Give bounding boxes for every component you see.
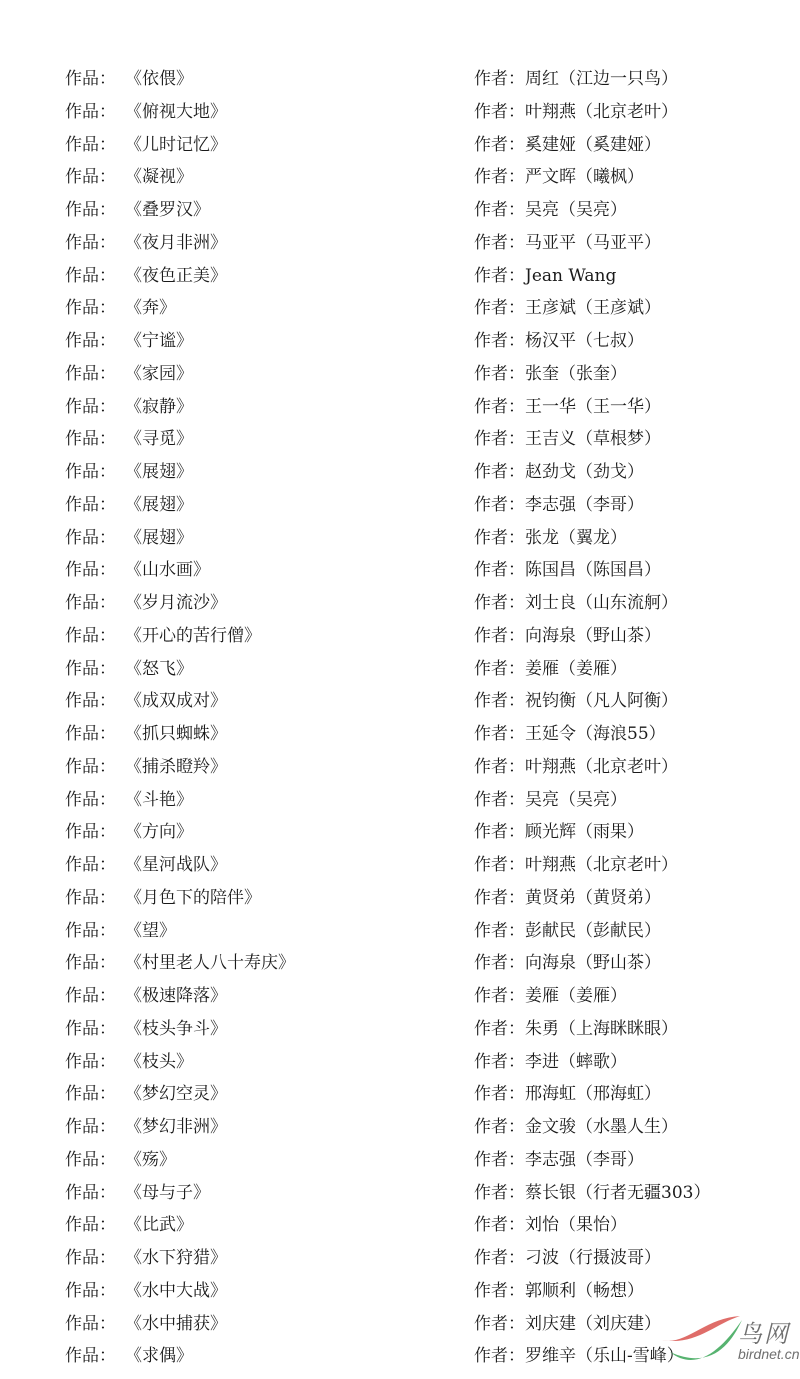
work-label: 作品： bbox=[65, 260, 123, 293]
author-label: 作者： bbox=[474, 522, 525, 555]
list-item: 作品：《儿时记忆》作者：奚建娅（奚建娅） bbox=[0, 129, 800, 162]
author-cell: 作者：Jean Wang bbox=[474, 260, 616, 293]
author-cell: 作者：朱勇（上海眯眯眼） bbox=[474, 1013, 678, 1046]
work-label: 作品： bbox=[65, 1144, 123, 1177]
author-label: 作者： bbox=[474, 980, 525, 1013]
work-cell: 作品：《展翅》 bbox=[65, 522, 193, 555]
list-item: 作品：《叠罗汉》作者：吴亮（吴亮） bbox=[0, 194, 800, 227]
author-label: 作者： bbox=[474, 784, 525, 817]
work-cell: 作品：《展翅》 bbox=[65, 489, 193, 522]
list-item: 作品：《展翅》作者：李志强（李哥） bbox=[0, 489, 800, 522]
work-cell: 作品：《方向》 bbox=[65, 816, 193, 849]
list-item: 作品：《抓只蜘蛛》作者：王延令（海浪55） bbox=[0, 718, 800, 751]
list-item: 作品：《成双成对》作者：祝钧衡（凡人阿衡） bbox=[0, 685, 800, 718]
work-title: 《水中大战》 bbox=[125, 1275, 227, 1308]
author-label: 作者： bbox=[474, 1340, 525, 1373]
work-label: 作品： bbox=[65, 882, 123, 915]
work-title: 《求偶》 bbox=[125, 1340, 193, 1373]
work-cell: 作品：《水下狩猎》 bbox=[65, 1242, 227, 1275]
list-item: 作品：《夜月非洲》作者：马亚平（马亚平） bbox=[0, 227, 800, 260]
author-cell: 作者：蔡长银（行者无疆303） bbox=[474, 1177, 710, 1210]
author-name: 姜雁（姜雁） bbox=[525, 986, 627, 1006]
author-cell: 作者：罗维辛（乐山-雪峰） bbox=[474, 1340, 684, 1373]
list-item: 作品：《怒飞》作者：姜雁（姜雁） bbox=[0, 653, 800, 686]
work-title: 《村里老人八十寿庆》 bbox=[125, 947, 295, 980]
work-cell: 作品：《村里老人八十寿庆》 bbox=[65, 947, 295, 980]
author-cell: 作者：姜雁（姜雁） bbox=[474, 653, 627, 686]
work-label: 作品： bbox=[65, 227, 123, 260]
author-name: 叶翔燕（北京老叶） bbox=[525, 855, 678, 875]
author-label: 作者： bbox=[474, 96, 525, 129]
author-name: 王彦斌（王彦斌） bbox=[525, 298, 661, 318]
author-label: 作者： bbox=[474, 129, 525, 162]
list-item: 作品：《展翅》作者：赵劲戈（劲戈） bbox=[0, 456, 800, 489]
list-item: 作品：《凝视》作者：严文晖（曦枫） bbox=[0, 161, 800, 194]
author-name: 彭献民（彭献民） bbox=[525, 921, 661, 941]
work-title: 《家园》 bbox=[125, 358, 193, 391]
author-label: 作者： bbox=[474, 423, 525, 456]
list-item: 作品：《村里老人八十寿庆》作者：向海泉（野山茶） bbox=[0, 947, 800, 980]
work-label: 作品： bbox=[65, 685, 123, 718]
author-name: 王延令（海浪55） bbox=[525, 724, 666, 744]
work-title: 《俯视大地》 bbox=[125, 96, 227, 129]
list-item: 作品：《寻觅》作者：王吉义（草根梦） bbox=[0, 423, 800, 456]
work-title: 《寂静》 bbox=[125, 391, 193, 424]
entry-list: 作品：《依偎》作者：周红（江边一只鸟）作品：《俯视大地》作者：叶翔燕（北京老叶）… bbox=[0, 63, 800, 1373]
work-label: 作品： bbox=[65, 423, 123, 456]
author-name: 李志强（李哥） bbox=[525, 1150, 644, 1170]
author-cell: 作者：李进（蟀歌） bbox=[474, 1046, 627, 1079]
work-label: 作品： bbox=[65, 784, 123, 817]
author-label: 作者： bbox=[474, 292, 525, 325]
author-label: 作者： bbox=[474, 882, 525, 915]
list-item: 作品：《梦幻空灵》作者：邢海虹（邢海虹） bbox=[0, 1078, 800, 1111]
author-label: 作者： bbox=[474, 587, 525, 620]
work-cell: 作品：《求偶》 bbox=[65, 1340, 193, 1373]
work-cell: 作品：《山水画》 bbox=[65, 554, 210, 587]
author-name: Jean Wang bbox=[525, 266, 616, 286]
author-cell: 作者：李志强（李哥） bbox=[474, 489, 644, 522]
author-cell: 作者：向海泉（野山茶） bbox=[474, 620, 661, 653]
work-title: 《夜色正美》 bbox=[125, 260, 227, 293]
work-cell: 作品：《凝视》 bbox=[65, 161, 193, 194]
work-title: 《怒飞》 bbox=[125, 653, 193, 686]
author-cell: 作者：王彦斌（王彦斌） bbox=[474, 292, 661, 325]
list-item: 作品：《水中大战》作者：郭顺利（畅想） bbox=[0, 1275, 800, 1308]
work-label: 作品： bbox=[65, 653, 123, 686]
list-item: 作品：《水中捕获》作者：刘庆建（刘庆建） bbox=[0, 1308, 800, 1341]
author-name: 严文晖（曦枫） bbox=[525, 167, 644, 187]
author-cell: 作者：严文晖（曦枫） bbox=[474, 161, 644, 194]
author-name: 张奎（张奎） bbox=[525, 364, 627, 384]
work-cell: 作品：《叠罗汉》 bbox=[65, 194, 210, 227]
work-cell: 作品：《岁月流沙》 bbox=[65, 587, 227, 620]
list-item: 作品：《宁谧》作者：杨汉平（七叔） bbox=[0, 325, 800, 358]
work-title: 《宁谧》 bbox=[125, 325, 193, 358]
author-cell: 作者：向海泉（野山茶） bbox=[474, 947, 661, 980]
author-cell: 作者：叶翔燕（北京老叶） bbox=[474, 96, 678, 129]
author-label: 作者： bbox=[474, 947, 525, 980]
author-name: 吴亮（吴亮） bbox=[525, 200, 627, 220]
work-label: 作品： bbox=[65, 947, 123, 980]
author-label: 作者： bbox=[474, 849, 525, 882]
author-cell: 作者：叶翔燕（北京老叶） bbox=[474, 751, 678, 784]
work-title: 《枝头争斗》 bbox=[125, 1013, 227, 1046]
list-item: 作品：《母与子》作者：蔡长银（行者无疆303） bbox=[0, 1177, 800, 1210]
list-item: 作品：《山水画》作者：陈国昌（陈国昌） bbox=[0, 554, 800, 587]
work-label: 作品： bbox=[65, 1177, 123, 1210]
work-title: 《斗艳》 bbox=[125, 784, 193, 817]
work-label: 作品： bbox=[65, 1078, 123, 1111]
work-title: 《展翅》 bbox=[125, 522, 193, 555]
author-cell: 作者：奚建娅（奚建娅） bbox=[474, 129, 661, 162]
work-label: 作品： bbox=[65, 1340, 123, 1373]
author-label: 作者： bbox=[474, 1209, 525, 1242]
work-title: 《水中捕获》 bbox=[125, 1308, 227, 1341]
work-cell: 作品：《宁谧》 bbox=[65, 325, 193, 358]
list-item: 作品：《依偎》作者：周红（江边一只鸟） bbox=[0, 63, 800, 96]
author-cell: 作者：张龙（翼龙） bbox=[474, 522, 627, 555]
work-label: 作品： bbox=[65, 1013, 123, 1046]
author-name: 祝钧衡（凡人阿衡） bbox=[525, 691, 678, 711]
work-label: 作品： bbox=[65, 915, 123, 948]
author-name: 吴亮（吴亮） bbox=[525, 790, 627, 810]
work-label: 作品： bbox=[65, 96, 123, 129]
author-label: 作者： bbox=[474, 260, 525, 293]
author-label: 作者： bbox=[474, 194, 525, 227]
author-name: 周红（江边一只鸟） bbox=[525, 69, 678, 89]
list-item: 作品：《望》作者：彭献民（彭献民） bbox=[0, 915, 800, 948]
author-label: 作者： bbox=[474, 816, 525, 849]
work-label: 作品： bbox=[65, 1111, 123, 1144]
work-label: 作品： bbox=[65, 292, 123, 325]
work-title: 《母与子》 bbox=[125, 1177, 210, 1210]
work-title: 《水下狩猎》 bbox=[125, 1242, 227, 1275]
work-label: 作品： bbox=[65, 325, 123, 358]
work-label: 作品： bbox=[65, 587, 123, 620]
author-label: 作者： bbox=[474, 456, 525, 489]
work-title: 《凝视》 bbox=[125, 161, 193, 194]
author-label: 作者： bbox=[474, 161, 525, 194]
work-cell: 作品：《开心的苦行僧》 bbox=[65, 620, 261, 653]
author-name: 金文骏（水墨人生） bbox=[525, 1117, 678, 1137]
author-cell: 作者：王吉义（草根梦） bbox=[474, 423, 661, 456]
work-title: 《梦幻非洲》 bbox=[125, 1111, 227, 1144]
list-item: 作品：《月色下的陪伴》作者：黄贤弟（黄贤弟） bbox=[0, 882, 800, 915]
list-item: 作品：《求偶》作者：罗维辛（乐山-雪峰） bbox=[0, 1340, 800, 1373]
work-title: 《枝头》 bbox=[125, 1046, 193, 1079]
list-item: 作品：《家园》作者：张奎（张奎） bbox=[0, 358, 800, 391]
work-cell: 作品：《梦幻非洲》 bbox=[65, 1111, 227, 1144]
author-name: 奚建娅（奚建娅） bbox=[525, 135, 661, 155]
author-cell: 作者：彭献民（彭献民） bbox=[474, 915, 661, 948]
author-name: 王吉义（草根梦） bbox=[525, 429, 661, 449]
list-item: 作品：《枝头》作者：李进（蟀歌） bbox=[0, 1046, 800, 1079]
author-cell: 作者：李志强（李哥） bbox=[474, 1144, 644, 1177]
author-label: 作者： bbox=[474, 227, 525, 260]
author-label: 作者： bbox=[474, 1046, 525, 1079]
author-name: 刘士良（山东流舸） bbox=[525, 593, 678, 613]
author-label: 作者： bbox=[474, 325, 525, 358]
author-cell: 作者：祝钧衡（凡人阿衡） bbox=[474, 685, 678, 718]
list-item: 作品：《奔》作者：王彦斌（王彦斌） bbox=[0, 292, 800, 325]
list-item: 作品：《枝头争斗》作者：朱勇（上海眯眯眼） bbox=[0, 1013, 800, 1046]
work-title: 《依偎》 bbox=[125, 63, 193, 96]
author-name: 刘庆建（刘庆建） bbox=[525, 1314, 661, 1334]
list-item: 作品：《星河战队》作者：叶翔燕（北京老叶） bbox=[0, 849, 800, 882]
author-cell: 作者：刘庆建（刘庆建） bbox=[474, 1308, 661, 1341]
work-title: 《成双成对》 bbox=[125, 685, 227, 718]
work-cell: 作品：《捕杀瞪羚》 bbox=[65, 751, 227, 784]
author-cell: 作者：刘怡（果怡） bbox=[474, 1209, 627, 1242]
author-label: 作者： bbox=[474, 1144, 525, 1177]
work-cell: 作品：《枝头》 bbox=[65, 1046, 193, 1079]
author-name: 叶翔燕（北京老叶） bbox=[525, 102, 678, 122]
work-title: 《月色下的陪伴》 bbox=[125, 882, 261, 915]
work-cell: 作品：《比武》 bbox=[65, 1209, 193, 1242]
work-cell: 作品：《极速降落》 bbox=[65, 980, 227, 1013]
work-cell: 作品：《寻觅》 bbox=[65, 423, 193, 456]
author-cell: 作者：吴亮（吴亮） bbox=[474, 194, 627, 227]
author-name: 李进（蟀歌） bbox=[525, 1052, 627, 1072]
work-label: 作品： bbox=[65, 849, 123, 882]
work-cell: 作品：《母与子》 bbox=[65, 1177, 210, 1210]
author-label: 作者： bbox=[474, 1111, 525, 1144]
work-label: 作品： bbox=[65, 391, 123, 424]
work-title: 《夜月非洲》 bbox=[125, 227, 227, 260]
author-name: 姜雁（姜雁） bbox=[525, 659, 627, 679]
list-item: 作品：《水下狩猎》作者：刁波（行摄波哥） bbox=[0, 1242, 800, 1275]
author-label: 作者： bbox=[474, 685, 525, 718]
author-name: 张龙（翼龙） bbox=[525, 528, 627, 548]
author-name: 罗维辛（乐山-雪峰） bbox=[525, 1346, 684, 1366]
author-label: 作者： bbox=[474, 915, 525, 948]
work-label: 作品： bbox=[65, 129, 123, 162]
author-label: 作者： bbox=[474, 1242, 525, 1275]
work-cell: 作品：《家园》 bbox=[65, 358, 193, 391]
author-name: 黄贤弟（黄贤弟） bbox=[525, 888, 661, 908]
work-cell: 作品：《怒飞》 bbox=[65, 653, 193, 686]
work-label: 作品： bbox=[65, 194, 123, 227]
list-item: 作品：《展翅》作者：张龙（翼龙） bbox=[0, 522, 800, 555]
list-item: 作品：《夜色正美》作者：Jean Wang bbox=[0, 260, 800, 293]
author-cell: 作者：周红（江边一只鸟） bbox=[474, 63, 678, 96]
work-title: 《方向》 bbox=[125, 816, 193, 849]
work-cell: 作品：《抓只蜘蛛》 bbox=[65, 718, 227, 751]
work-cell: 作品：《望》 bbox=[65, 915, 176, 948]
author-cell: 作者：顾光辉（雨果） bbox=[474, 816, 644, 849]
author-name: 朱勇（上海眯眯眼） bbox=[525, 1019, 678, 1039]
list-item: 作品：《梦幻非洲》作者：金文骏（水墨人生） bbox=[0, 1111, 800, 1144]
work-title: 《星河战队》 bbox=[125, 849, 227, 882]
work-label: 作品： bbox=[65, 1242, 123, 1275]
work-cell: 作品：《奔》 bbox=[65, 292, 176, 325]
list-item: 作品：《斗艳》作者：吴亮（吴亮） bbox=[0, 784, 800, 817]
author-name: 赵劲戈（劲戈） bbox=[525, 462, 644, 482]
author-name: 刁波（行摄波哥） bbox=[525, 1248, 661, 1268]
author-name: 叶翔燕（北京老叶） bbox=[525, 757, 678, 777]
author-cell: 作者：郭顺利（畅想） bbox=[474, 1275, 644, 1308]
author-cell: 作者：杨汉平（七叔） bbox=[474, 325, 644, 358]
work-label: 作品： bbox=[65, 1046, 123, 1079]
author-name: 刘怡（果怡） bbox=[525, 1215, 627, 1235]
work-cell: 作品：《月色下的陪伴》 bbox=[65, 882, 261, 915]
author-label: 作者： bbox=[474, 1308, 525, 1341]
author-label: 作者： bbox=[474, 653, 525, 686]
work-cell: 作品：《水中捕获》 bbox=[65, 1308, 227, 1341]
work-title: 《展翅》 bbox=[125, 456, 193, 489]
work-label: 作品： bbox=[65, 816, 123, 849]
author-cell: 作者：邢海虹（邢海虹） bbox=[474, 1078, 661, 1111]
author-label: 作者： bbox=[474, 1275, 525, 1308]
list-item: 作品：《方向》作者：顾光辉（雨果） bbox=[0, 816, 800, 849]
work-cell: 作品：《星河战队》 bbox=[65, 849, 227, 882]
work-cell: 作品：《枝头争斗》 bbox=[65, 1013, 227, 1046]
author-name: 陈国昌（陈国昌） bbox=[525, 560, 661, 580]
author-name: 向海泉（野山茶） bbox=[525, 626, 661, 646]
author-label: 作者： bbox=[474, 1177, 525, 1210]
list-item: 作品：《捕杀瞪羚》作者：叶翔燕（北京老叶） bbox=[0, 751, 800, 784]
author-name: 杨汉平（七叔） bbox=[525, 331, 644, 351]
list-item: 作品：《俯视大地》作者：叶翔燕（北京老叶） bbox=[0, 96, 800, 129]
work-cell: 作品：《夜色正美》 bbox=[65, 260, 227, 293]
author-cell: 作者：金文骏（水墨人生） bbox=[474, 1111, 678, 1144]
work-title: 《望》 bbox=[125, 915, 176, 948]
work-label: 作品： bbox=[65, 1308, 123, 1341]
work-label: 作品： bbox=[65, 358, 123, 391]
author-label: 作者： bbox=[474, 1013, 525, 1046]
author-cell: 作者：叶翔燕（北京老叶） bbox=[474, 849, 678, 882]
author-name: 郭顺利（畅想） bbox=[525, 1281, 644, 1301]
author-cell: 作者：张奎（张奎） bbox=[474, 358, 627, 391]
author-cell: 作者：吴亮（吴亮） bbox=[474, 784, 627, 817]
work-title: 《抓只蜘蛛》 bbox=[125, 718, 227, 751]
work-label: 作品： bbox=[65, 456, 123, 489]
work-label: 作品： bbox=[65, 161, 123, 194]
author-name: 李志强（李哥） bbox=[525, 495, 644, 515]
author-label: 作者： bbox=[474, 358, 525, 391]
author-cell: 作者：陈国昌（陈国昌） bbox=[474, 554, 661, 587]
author-cell: 作者：王一华（王一华） bbox=[474, 391, 661, 424]
list-item: 作品：《寂静》作者：王一华（王一华） bbox=[0, 391, 800, 424]
work-title: 《岁月流沙》 bbox=[125, 587, 227, 620]
work-title: 《梦幻空灵》 bbox=[125, 1078, 227, 1111]
work-title: 《奔》 bbox=[125, 292, 176, 325]
work-cell: 作品：《寂静》 bbox=[65, 391, 193, 424]
work-title: 《叠罗汉》 bbox=[125, 194, 210, 227]
work-cell: 作品：《儿时记忆》 bbox=[65, 129, 227, 162]
work-cell: 作品：《殇》 bbox=[65, 1144, 176, 1177]
author-name: 邢海虹（邢海虹） bbox=[525, 1084, 661, 1104]
work-title: 《山水画》 bbox=[125, 554, 210, 587]
author-name: 马亚平（马亚平） bbox=[525, 233, 661, 253]
list-item: 作品：《开心的苦行僧》作者：向海泉（野山茶） bbox=[0, 620, 800, 653]
author-label: 作者： bbox=[474, 391, 525, 424]
work-cell: 作品：《夜月非洲》 bbox=[65, 227, 227, 260]
work-title: 《极速降落》 bbox=[125, 980, 227, 1013]
author-cell: 作者：刘士良（山东流舸） bbox=[474, 587, 678, 620]
list-item: 作品：《殇》作者：李志强（李哥） bbox=[0, 1144, 800, 1177]
work-label: 作品： bbox=[65, 620, 123, 653]
work-title: 《儿时记忆》 bbox=[125, 129, 227, 162]
author-name: 向海泉（野山茶） bbox=[525, 953, 661, 973]
author-label: 作者： bbox=[474, 489, 525, 522]
author-name: 王一华（王一华） bbox=[525, 397, 661, 417]
list-item: 作品：《比武》作者：刘怡（果怡） bbox=[0, 1209, 800, 1242]
work-label: 作品： bbox=[65, 63, 123, 96]
author-cell: 作者：姜雁（姜雁） bbox=[474, 980, 627, 1013]
author-cell: 作者：刁波（行摄波哥） bbox=[474, 1242, 661, 1275]
work-cell: 作品：《梦幻空灵》 bbox=[65, 1078, 227, 1111]
author-name: 蔡长银（行者无疆303） bbox=[525, 1183, 710, 1203]
author-cell: 作者：赵劲戈（劲戈） bbox=[474, 456, 644, 489]
work-label: 作品： bbox=[65, 718, 123, 751]
work-label: 作品： bbox=[65, 489, 123, 522]
work-title: 《展翅》 bbox=[125, 489, 193, 522]
author-name: 顾光辉（雨果） bbox=[525, 822, 644, 842]
work-cell: 作品：《俯视大地》 bbox=[65, 96, 227, 129]
work-title: 《比武》 bbox=[125, 1209, 193, 1242]
work-title: 《开心的苦行僧》 bbox=[125, 620, 261, 653]
work-cell: 作品：《斗艳》 bbox=[65, 784, 193, 817]
work-label: 作品： bbox=[65, 1275, 123, 1308]
work-title: 《寻觅》 bbox=[125, 423, 193, 456]
author-label: 作者： bbox=[474, 620, 525, 653]
list-item: 作品：《极速降落》作者：姜雁（姜雁） bbox=[0, 980, 800, 1013]
author-cell: 作者：黄贤弟（黄贤弟） bbox=[474, 882, 661, 915]
author-label: 作者： bbox=[474, 751, 525, 784]
work-label: 作品： bbox=[65, 554, 123, 587]
author-cell: 作者：马亚平（马亚平） bbox=[474, 227, 661, 260]
author-label: 作者： bbox=[474, 63, 525, 96]
work-label: 作品： bbox=[65, 522, 123, 555]
author-cell: 作者：王延令（海浪55） bbox=[474, 718, 666, 751]
work-label: 作品： bbox=[65, 1209, 123, 1242]
work-title: 《捕杀瞪羚》 bbox=[125, 751, 227, 784]
author-label: 作者： bbox=[474, 554, 525, 587]
work-cell: 作品：《成双成对》 bbox=[65, 685, 227, 718]
author-label: 作者： bbox=[474, 718, 525, 751]
work-title: 《殇》 bbox=[125, 1144, 176, 1177]
list-item: 作品：《岁月流沙》作者：刘士良（山东流舸） bbox=[0, 587, 800, 620]
work-cell: 作品：《展翅》 bbox=[65, 456, 193, 489]
work-cell: 作品：《水中大战》 bbox=[65, 1275, 227, 1308]
author-label: 作者： bbox=[474, 1078, 525, 1111]
work-label: 作品： bbox=[65, 751, 123, 784]
work-label: 作品： bbox=[65, 980, 123, 1013]
work-cell: 作品：《依偎》 bbox=[65, 63, 193, 96]
